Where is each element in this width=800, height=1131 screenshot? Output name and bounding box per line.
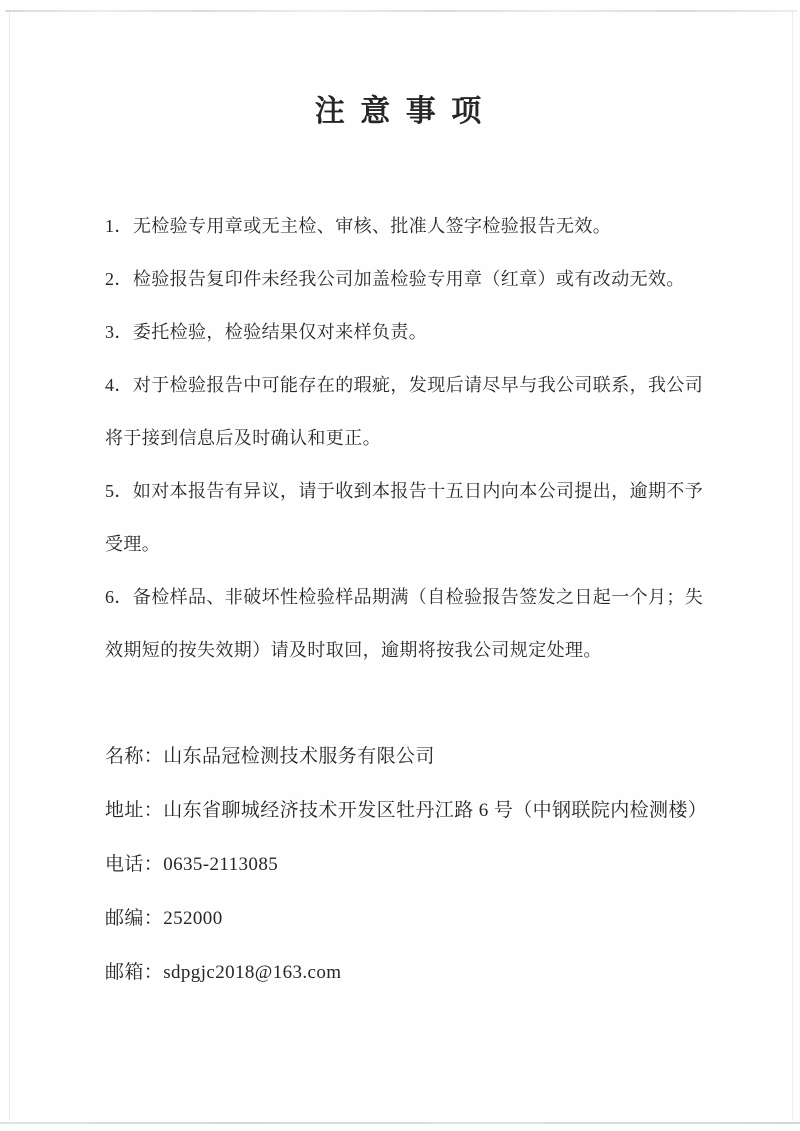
note-item: 3．委托检验，检验结果仅对来样负责。 bbox=[105, 306, 712, 359]
contact-value: 0635-2113085 bbox=[163, 854, 278, 875]
note-text: 如对本报告有异议，请于收到本报告十五日内向本公司提出，逾期不予受理。 bbox=[105, 481, 703, 554]
notes-list: 1．无检验专用章或无主检、审核、批准人签字检验报告无效。 2．检验报告复印件未经… bbox=[105, 200, 712, 677]
note-number: 5． bbox=[105, 481, 133, 501]
contact-label: 邮编： bbox=[105, 908, 163, 929]
scan-edge-left bbox=[9, 12, 10, 1121]
page-title: 注 意 事 项 bbox=[0, 0, 800, 132]
note-text: 检验报告复印件未经我公司加盖检验专用章（红章）或有改动无效。 bbox=[133, 269, 685, 289]
contact-value: 山东品冠检测技术服务有限公司 bbox=[163, 746, 435, 767]
contact-block: 名称：山东品冠检测技术服务有限公司 地址：山东省聊城经济技术开发区牡丹江路 6 … bbox=[105, 730, 712, 1000]
note-number: 6． bbox=[105, 587, 133, 607]
note-item: 6．备检样品、非破坏性检验样品期满（自检验报告签发之日起一个月；失效期短的按失效… bbox=[105, 571, 712, 677]
contact-value: sdpgjc2018@163.com bbox=[163, 962, 341, 983]
note-item: 2．检验报告复印件未经我公司加盖检验专用章（红章）或有改动无效。 bbox=[105, 253, 712, 306]
contact-line-phone: 电话：0635-2113085 bbox=[105, 838, 712, 892]
note-text: 委托检验，检验结果仅对来样负责。 bbox=[133, 322, 427, 342]
contact-line-email: 邮箱：sdpgjc2018@163.com bbox=[105, 946, 712, 1000]
note-number: 4． bbox=[105, 375, 133, 395]
scan-edge-right bbox=[792, 12, 793, 1121]
contact-label: 名称： bbox=[105, 746, 163, 767]
note-text: 无检验专用章或无主检、审核、批准人签字检验报告无效。 bbox=[133, 216, 611, 236]
note-number: 1． bbox=[105, 216, 133, 236]
contact-label: 邮箱： bbox=[105, 962, 163, 983]
contact-label: 地址： bbox=[105, 800, 163, 821]
note-text: 对于检验报告中可能存在的瑕疵，发现后请尽早与我公司联系，我公司将于接到信息后及时… bbox=[105, 375, 703, 448]
note-number: 2． bbox=[105, 269, 133, 289]
contact-line-address: 地址：山东省聊城经济技术开发区牡丹江路 6 号（中钢联院内检测楼） bbox=[105, 784, 712, 838]
note-number: 3． bbox=[105, 322, 133, 342]
scanned-document-page: 注 意 事 项 1．无检验专用章或无主检、审核、批准人签字检验报告无效。 2．检… bbox=[0, 0, 800, 1131]
note-item: 5．如对本报告有异议，请于收到本报告十五日内向本公司提出，逾期不予受理。 bbox=[105, 465, 712, 571]
note-item: 1．无检验专用章或无主检、审核、批准人签字检验报告无效。 bbox=[105, 200, 712, 253]
contact-line-postcode: 邮编：252000 bbox=[105, 892, 712, 946]
note-text: 备检样品、非破坏性检验样品期满（自检验报告签发之日起一个月；失效期短的按失效期）… bbox=[105, 587, 703, 660]
contact-label: 电话： bbox=[105, 854, 163, 875]
scan-edge-top bbox=[5, 10, 797, 12]
note-item: 4．对于检验报告中可能存在的瑕疵，发现后请尽早与我公司联系，我公司将于接到信息后… bbox=[105, 359, 712, 465]
scan-edge-bottom bbox=[0, 1122, 800, 1124]
contact-line-name: 名称：山东品冠检测技术服务有限公司 bbox=[105, 730, 712, 784]
contact-value: 252000 bbox=[163, 908, 222, 929]
contact-value: 山东省聊城经济技术开发区牡丹江路 6 号（中钢联院内检测楼） bbox=[163, 800, 707, 821]
